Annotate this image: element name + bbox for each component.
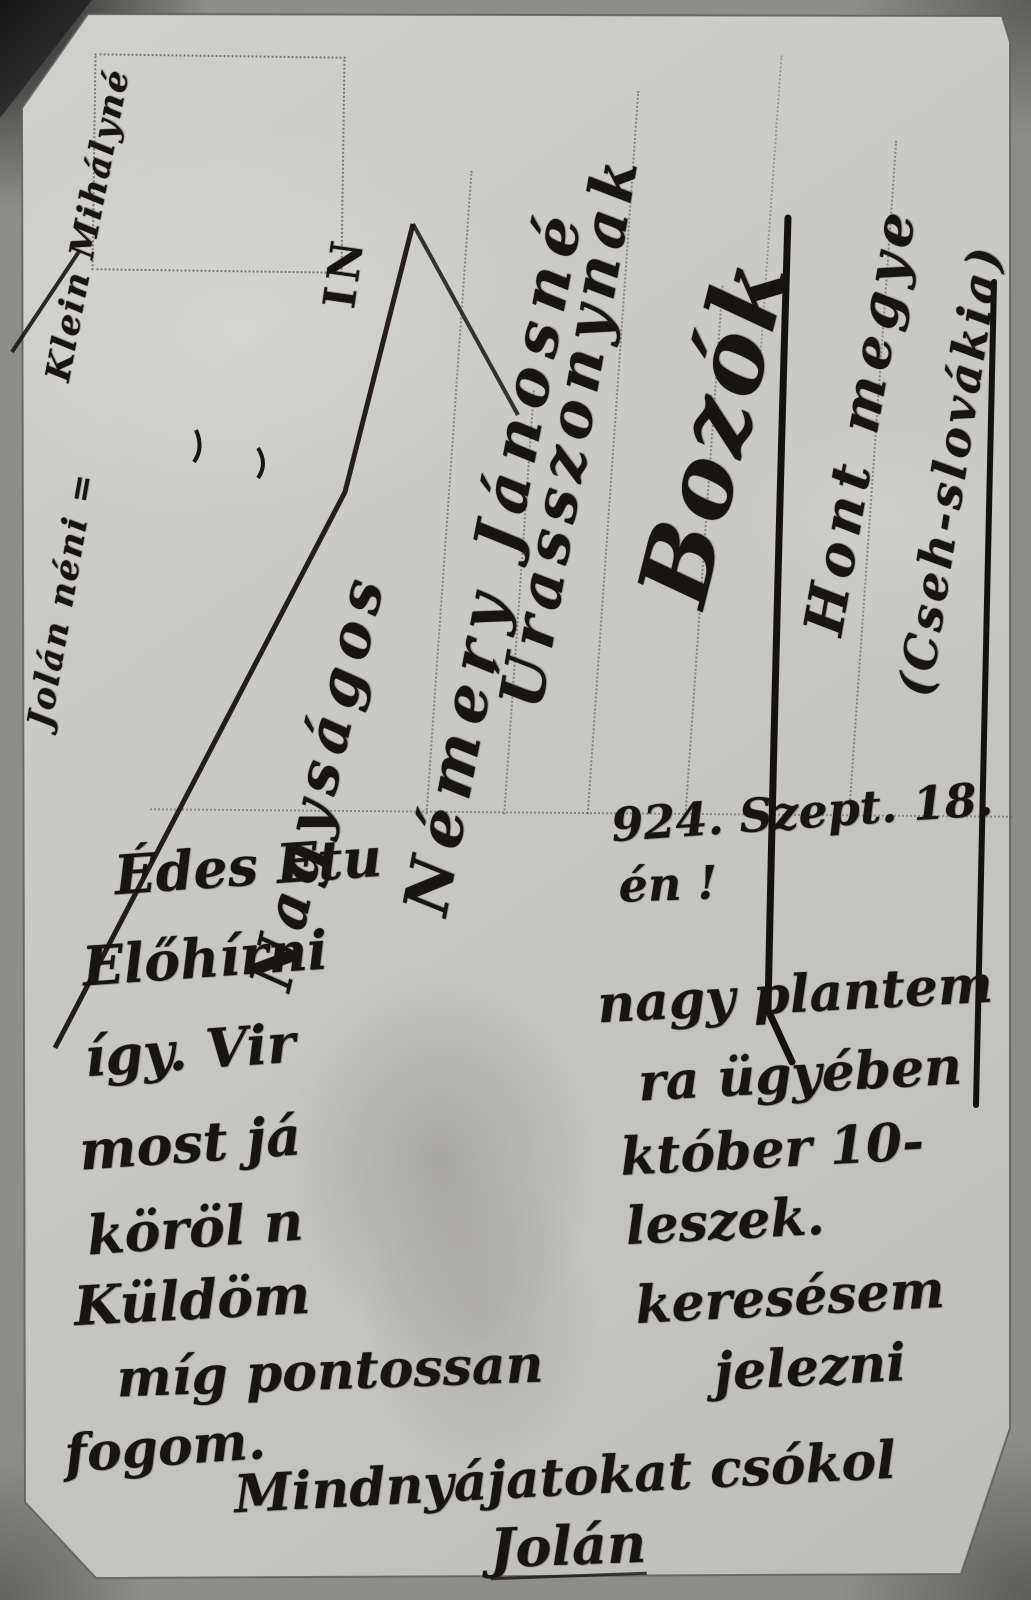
message-line: Édes Etu (113, 830, 384, 903)
signature: Jolán (489, 1516, 647, 1580)
message-line: leszek. (624, 1191, 825, 1253)
message-line: Küldöm (73, 1267, 312, 1333)
message-line: któber 10- (619, 1116, 925, 1184)
photo-background: Jolán néni = Klein Mihályné Nagyságos IN… (0, 0, 1031, 1600)
message-line: köröl n (85, 1194, 305, 1263)
message-line: így. Vir (83, 1016, 297, 1085)
message-line: most já (77, 1108, 302, 1177)
message-line: míg pontossan (116, 1339, 544, 1406)
message-line: jelezni (713, 1337, 907, 1399)
date-suffix: én ! (618, 859, 718, 908)
message-line: keresésem (634, 1264, 946, 1332)
address-overwritten-mark: IN (318, 233, 372, 311)
message-line: Előhírni (81, 922, 330, 993)
